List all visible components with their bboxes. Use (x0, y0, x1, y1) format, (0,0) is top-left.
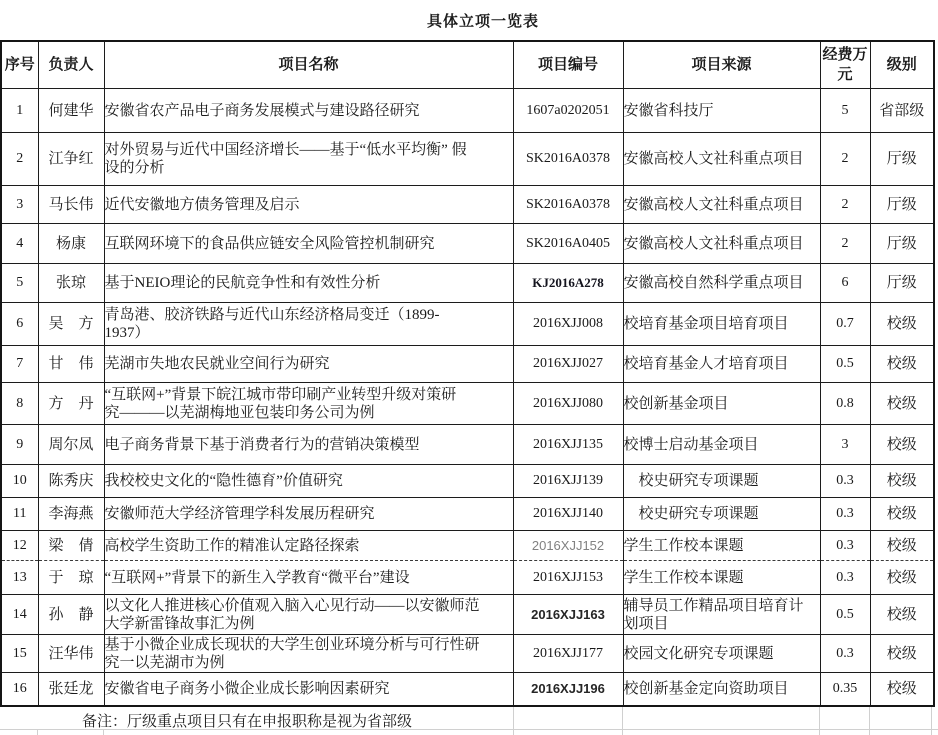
cell-project-source[interactable]: 校史研究专项课题 (623, 465, 820, 498)
cell-serial[interactable]: 7 (1, 346, 38, 383)
cell-funds[interactable]: 0.7 (820, 303, 870, 346)
cell-project-code[interactable]: 2016XJJ027 (513, 346, 623, 383)
cell-funds[interactable]: 0.35 (820, 673, 870, 706)
cell-project-code[interactable]: 2016XJJ196 (513, 673, 623, 706)
cell-serial[interactable]: 5 (1, 264, 38, 303)
project-list-sheet: 具体立项一览表 序号 负责人 项目名称 项目编号 项目来源 经费万元 级别 1何… (0, 0, 938, 735)
table-row: 11李海燕安徽师范大学经济管理学科发展历程研究2016XJJ140 校史研究专项… (1, 498, 934, 531)
cell-project-name[interactable]: “互联网+”背景下皖江城市带印刷产业转型升级对策研 究———以芜湖梅地亚包装印务… (104, 383, 513, 425)
cell-project-code[interactable]: SK2016A0405 (513, 224, 623, 264)
cell-funds[interactable]: 0.3 (820, 561, 870, 595)
gridline-vertical (513, 730, 514, 735)
cell-level[interactable]: 校级 (870, 425, 934, 465)
cell-level[interactable]: 校级 (870, 498, 934, 531)
cell-project-source[interactable]: 安徽省科技厅 (623, 89, 820, 133)
gridline-vertical (622, 730, 623, 735)
cell-level[interactable]: 厅级 (870, 133, 934, 186)
cell-level[interactable]: 校级 (870, 383, 934, 425)
cell-funds[interactable]: 0.3 (820, 498, 870, 531)
cell-level[interactable]: 校级 (870, 595, 934, 635)
cell-funds[interactable]: 5 (820, 89, 870, 133)
cell-funds[interactable]: 3 (820, 425, 870, 465)
table-row: 10陈秀庆我校校史文化的“隐性德育”价值研究2016XJJ139 校史研究专项课… (1, 465, 934, 498)
gridline-vertical (513, 707, 514, 729)
cell-owner[interactable]: 江争红 (38, 133, 104, 186)
cell-owner[interactable]: 杨康 (38, 224, 104, 264)
cell-project-source[interactable]: 安徽高校人文社科重点项目 (623, 224, 820, 264)
cell-project-code[interactable]: 2016XJJ135 (513, 425, 623, 465)
projects-table: 序号 负责人 项目名称 项目编号 项目来源 经费万元 级别 1何建华安徽省农产品… (0, 40, 935, 707)
column-header-serial: 序号 (1, 41, 38, 89)
cell-project-code[interactable]: 2016XJJ153 (513, 561, 623, 595)
cell-owner[interactable]: 方 丹 (38, 383, 104, 425)
cell-owner[interactable]: 于 琼 (38, 561, 104, 595)
cell-project-name[interactable]: 近代安徽地方债务管理及启示 (104, 186, 513, 224)
cell-owner[interactable]: 甘 伟 (38, 346, 104, 383)
cell-project-name[interactable]: 互联网环境下的食品供应链安全风险管控机制研究 (104, 224, 513, 264)
cell-project-code[interactable]: 1607a0202051 (513, 89, 623, 133)
gridline-vertical (869, 730, 870, 735)
gridline-vertical (931, 730, 932, 735)
cell-project-code[interactable]: 2016XJJ080 (513, 383, 623, 425)
cell-serial[interactable]: 8 (1, 383, 38, 425)
column-header-owner: 负责人 (38, 41, 104, 89)
cell-level[interactable]: 校级 (870, 303, 934, 346)
cell-funds[interactable]: 2 (820, 186, 870, 224)
cell-project-name[interactable]: 高校学生资助工作的精准认定路径探索 (104, 531, 513, 561)
cell-serial[interactable]: 3 (1, 186, 38, 224)
cell-project-source[interactable]: 校史研究专项课题 (623, 498, 820, 531)
table-row: 3马长伟近代安徽地方债务管理及启示SK2016A0378安徽高校人文社科重点项目… (1, 186, 934, 224)
table-row: 16张廷龙安徽省电子商务小微企业成长影响因素研究2016XJJ196校创新基金定… (1, 673, 934, 706)
cell-owner[interactable]: 李海燕 (38, 498, 104, 531)
cell-level[interactable]: 厅级 (870, 264, 934, 303)
cell-project-name[interactable]: 对外贸易与近代中国经济增长——基于“低水平均衡” 假 设的分析 (104, 133, 513, 186)
cell-project-source[interactable]: 校创新基金定向资助项目 (623, 673, 820, 706)
cell-serial[interactable]: 15 (1, 635, 38, 673)
column-header-project-code: 项目编号 (513, 41, 623, 89)
cell-owner[interactable]: 汪华伟 (38, 635, 104, 673)
cell-funds[interactable]: 2 (820, 133, 870, 186)
cell-level[interactable]: 省部级 (870, 89, 934, 133)
cell-project-code[interactable]: 2016XJJ140 (513, 498, 623, 531)
cell-project-source[interactable]: 校创新基金项目 (623, 383, 820, 425)
cell-owner[interactable]: 张廷龙 (38, 673, 104, 706)
cell-project-code[interactable]: 2016XJJ008 (513, 303, 623, 346)
cell-owner[interactable]: 张琼 (38, 264, 104, 303)
table-row: 5张琼基于NEIO理论的民航竞争性和有效性分析KJ2016A278安徽高校自然科… (1, 264, 934, 303)
cell-owner[interactable]: 陈秀庆 (38, 465, 104, 498)
cell-project-code[interactable]: 2016XJJ163 (513, 595, 623, 635)
table-row: 8方 丹“互联网+”背景下皖江城市带印刷产业转型升级对策研 究———以芜湖梅地亚… (1, 383, 934, 425)
column-header-funds: 经费万元 (820, 41, 870, 89)
table-row: 1何建华安徽省农产品电子商务发展模式与建设路径研究1607a0202051安徽省… (1, 89, 934, 133)
table-row: 13于 琼“互联网+”背景下的新生入学教育“微平台”建设2016XJJ153学生… (1, 561, 934, 595)
cell-project-code[interactable]: 2016XJJ152 (513, 531, 623, 561)
cell-level[interactable]: 校级 (870, 465, 934, 498)
cell-project-source[interactable]: 学生工作校本课题 (623, 531, 820, 561)
cell-serial[interactable]: 10 (1, 465, 38, 498)
cell-project-source[interactable]: 安徽高校人文社科重点项目 (623, 186, 820, 224)
cell-level[interactable]: 校级 (870, 346, 934, 383)
column-header-project-name: 项目名称 (104, 41, 513, 89)
page-title: 具体立项一览表 (14, 0, 938, 40)
note-text: 备注：厅级重点项目只有在申报职称是视为省部级 (82, 710, 412, 731)
cell-funds[interactable]: 0.3 (820, 531, 870, 561)
cell-level[interactable]: 厅级 (870, 186, 934, 224)
cell-project-name[interactable]: 基于小微企业成长现状的大学生创业环境分析与可行性研 究一以芜湖市为例 (104, 635, 513, 673)
cell-project-name[interactable]: 基于NEIO理论的民航竞争性和有效性分析 (104, 264, 513, 303)
cell-owner[interactable]: 孙 静 (38, 595, 104, 635)
cell-owner[interactable]: 梁 倩 (38, 531, 104, 561)
gridline-horizontal (0, 729, 938, 730)
gridline-vertical (819, 707, 820, 729)
cell-project-code[interactable]: 2016XJJ139 (513, 465, 623, 498)
cell-project-code[interactable]: KJ2016A278 (513, 264, 623, 303)
cell-project-source[interactable]: 校博士启动基金项目 (623, 425, 820, 465)
cell-project-source[interactable]: 校培育基金项目培育项目 (623, 303, 820, 346)
cell-level[interactable]: 校级 (870, 531, 934, 561)
table-row: 9周尔凤电子商务背景下基于消费者行为的营销决策模型2016XJJ135校博士启动… (1, 425, 934, 465)
cell-project-name[interactable]: 青岛港、胶济铁路与近代山东经济格局变迁（1899- 1937） (104, 303, 513, 346)
header-row: 序号 负责人 项目名称 项目编号 项目来源 经费万元 级别 (1, 41, 934, 89)
cell-serial[interactable]: 4 (1, 224, 38, 264)
cell-serial[interactable]: 2 (1, 133, 38, 186)
cell-funds[interactable]: 0.5 (820, 346, 870, 383)
cell-level[interactable]: 校级 (870, 561, 934, 595)
cell-owner[interactable]: 何建华 (38, 89, 104, 133)
cell-funds[interactable]: 2 (820, 224, 870, 264)
cell-project-name[interactable]: 芜湖市失地农民就业空间行为研究 (104, 346, 513, 383)
cell-owner[interactable]: 吴 方 (38, 303, 104, 346)
gridline-vertical (622, 707, 623, 729)
gridline-vertical (931, 707, 932, 729)
cell-level[interactable]: 校级 (870, 635, 934, 673)
table-row: 4杨康互联网环境下的食品供应链安全风险管控机制研究SK2016A0405安徽高校… (1, 224, 934, 264)
gridline-vertical (37, 730, 38, 735)
column-header-project-source: 项目来源 (623, 41, 820, 89)
cell-funds[interactable]: 0.5 (820, 595, 870, 635)
cell-funds[interactable]: 6 (820, 264, 870, 303)
cell-project-source[interactable]: 校园文化研究专项课题 (623, 635, 820, 673)
sheet-footer-rows: 备注：厅级重点项目只有在申报职称是视为省部级 (0, 707, 938, 735)
cell-project-source[interactable]: 辅导员工作精品项目培育计 划项目 (623, 595, 820, 635)
table-row: 7甘 伟芜湖市失地农民就业空间行为研究2016XJJ027校培育基金人才培育项目… (1, 346, 934, 383)
cell-serial[interactable]: 1 (1, 89, 38, 133)
cell-serial[interactable]: 6 (1, 303, 38, 346)
cell-project-source[interactable]: 安徽高校人文社科重点项目 (623, 133, 820, 186)
cell-project-name[interactable]: 电子商务背景下基于消费者行为的营销决策模型 (104, 425, 513, 465)
cell-project-code[interactable]: SK2016A0378 (513, 186, 623, 224)
cell-project-name[interactable]: “互联网+”背景下的新生入学教育“微平台”建设 (104, 561, 513, 595)
cell-serial[interactable]: 12 (1, 531, 38, 561)
cell-project-name[interactable]: 以文化人推进核心价值观入脑入心见行动——以安徽师范 大学新雷锋故事汇为例 (104, 595, 513, 635)
cell-serial[interactable]: 13 (1, 561, 38, 595)
cell-project-name[interactable]: 安徽省电子商务小微企业成长影响因素研究 (104, 673, 513, 706)
cell-level[interactable]: 校级 (870, 673, 934, 706)
cell-project-source[interactable]: 学生工作校本课题 (623, 561, 820, 595)
gridline-vertical (819, 730, 820, 735)
cell-funds[interactable]: 0.8 (820, 383, 870, 425)
table-row: 2江争红对外贸易与近代中国经济增长——基于“低水平均衡” 假 设的分析SK201… (1, 133, 934, 186)
table-row: 15汪华伟基于小微企业成长现状的大学生创业环境分析与可行性研 究一以芜湖市为例2… (1, 635, 934, 673)
cell-funds[interactable]: 0.3 (820, 465, 870, 498)
cell-project-code[interactable]: SK2016A0378 (513, 133, 623, 186)
table-row: 6吴 方青岛港、胶济铁路与近代山东经济格局变迁（1899- 1937）2016X… (1, 303, 934, 346)
cell-serial[interactable]: 16 (1, 673, 38, 706)
cell-project-source[interactable]: 安徽高校自然科学重点项目 (623, 264, 820, 303)
table-row: 14孙 静以文化人推进核心价值观入脑入心见行动——以安徽师范 大学新雷锋故事汇为… (1, 595, 934, 635)
cell-serial[interactable]: 9 (1, 425, 38, 465)
cell-project-name[interactable]: 安徽师范大学经济管理学科发展历程研究 (104, 498, 513, 531)
cell-level[interactable]: 厅级 (870, 224, 934, 264)
gridline-vertical (869, 707, 870, 729)
cell-owner[interactable]: 周尔凤 (38, 425, 104, 465)
gridline-vertical (103, 730, 104, 735)
cell-project-name[interactable]: 我校校史文化的“隐性德育”价值研究 (104, 465, 513, 498)
cell-serial[interactable]: 11 (1, 498, 38, 531)
table-row: 12梁 倩高校学生资助工作的精准认定路径探索2016XJJ152学生工作校本课题… (1, 531, 934, 561)
cell-owner[interactable]: 马长伟 (38, 186, 104, 224)
cell-project-code[interactable]: 2016XJJ177 (513, 635, 623, 673)
cell-project-source[interactable]: 校培育基金人才培育项目 (623, 346, 820, 383)
cell-project-name[interactable]: 安徽省农产品电子商务发展模式与建设路径研究 (104, 89, 513, 133)
cell-serial[interactable]: 14 (1, 595, 38, 635)
column-header-level: 级别 (870, 41, 934, 89)
cell-funds[interactable]: 0.3 (820, 635, 870, 673)
